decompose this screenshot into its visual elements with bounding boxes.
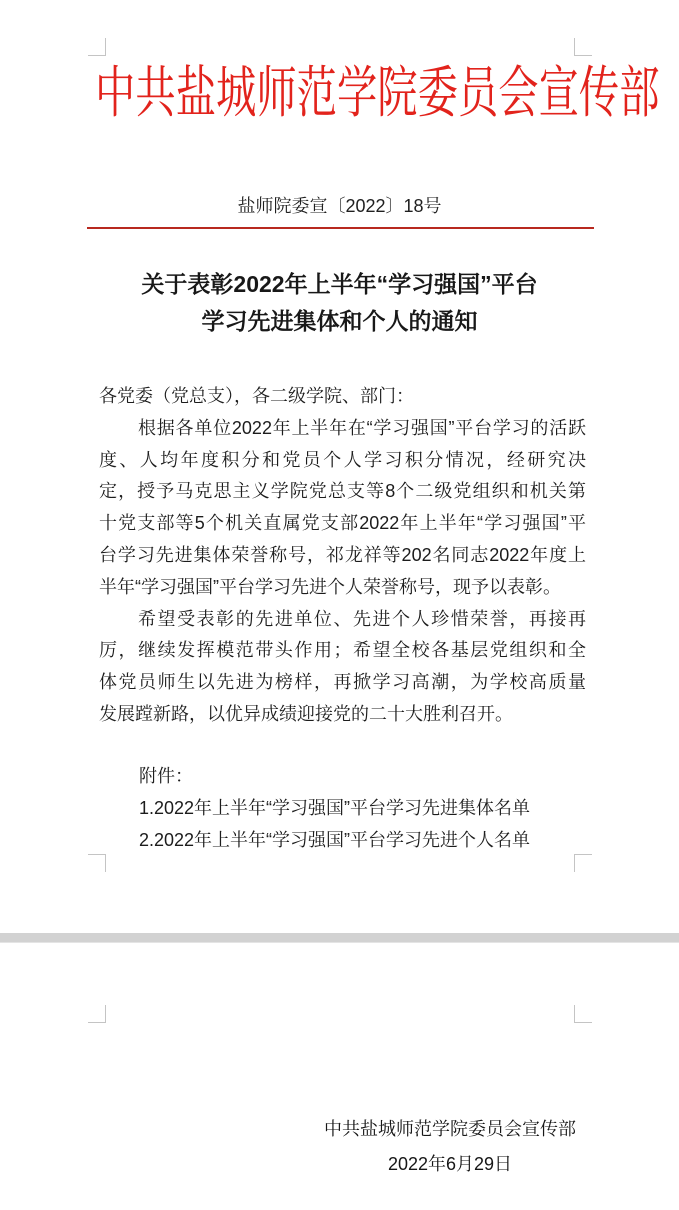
attachment-item-1: 1.2022年上半年“学习强国”平台学习先进集体名单 xyxy=(139,793,586,825)
page1-margin-mark-top-right xyxy=(574,38,592,56)
letterhead-title: 中共盐城师范学院委员会宣传部 xyxy=(95,62,584,124)
document-number: 盐师院委宣〔2022〕18号 xyxy=(0,194,679,218)
red-separator-rule xyxy=(87,227,594,229)
page1-margin-mark-top-left xyxy=(88,38,106,56)
issue-date: 2022年6月29日 xyxy=(320,1152,580,1176)
attachments-label: 附件： xyxy=(139,761,586,793)
notice-title-line2: 学习先进集体和个人的通知 xyxy=(0,303,679,340)
page1-margin-mark-bottom-right xyxy=(574,854,592,872)
notice-body: 各党委（党总支），各二级学院、部门： 根据各单位2022年上半年在“学习强国”平… xyxy=(99,381,586,731)
notice-title-line1: 关于表彰2022年上半年“学习强国”平台 xyxy=(0,266,679,303)
page-break-separator xyxy=(0,933,679,943)
notice-title: 关于表彰2022年上半年“学习强国”平台 学习先进集体和个人的通知 xyxy=(0,266,679,340)
body-line: 发展蹚新路，以优异成绩迎接党的二十大胜利召开。 xyxy=(99,699,586,731)
body-line: 台学习先进集体荣誉称号，祁龙祥等202名同志2022年度上 xyxy=(99,540,586,572)
body-line: 十党支部等5个机关直属党支部2022年上半年“学习强国”平 xyxy=(99,508,586,540)
page2-margin-mark-top-left xyxy=(88,1005,106,1023)
body-line: 体党员师生以先进为榜样，再掀学习高潮，为学校高质量 xyxy=(99,667,586,699)
page1-margin-mark-bottom-left xyxy=(88,854,106,872)
salutation-line: 各党委（党总支），各二级学院、部门： xyxy=(99,381,586,413)
attachment-item-2: 2.2022年上半年“学习强国”平台学习先进个人名单 xyxy=(139,825,586,857)
body-line: 根据各单位2022年上半年在“学习强国”平台学习的活跃 xyxy=(99,413,586,445)
body-line: 厉，继续发挥模范带头作用；希望全校各基层党组织和全 xyxy=(99,635,586,667)
issuer-signature: 中共盐城师范学院委员会宣传部 xyxy=(320,1117,580,1141)
attachments-section: 附件： 1.2022年上半年“学习强国”平台学习先进集体名单 2.2022年上半… xyxy=(139,761,586,856)
body-line: 希望受表彰的先进单位、先进个人珍惜荣誉，再接再 xyxy=(99,604,586,636)
body-line: 定，授予马克思主义学院党总支等8个二级党组织和机关第 xyxy=(99,476,586,508)
page2-margin-mark-top-right xyxy=(574,1005,592,1023)
body-line: 度、人均年度积分和党员个人学习积分情况，经研究决 xyxy=(99,445,586,477)
body-line: 半年“学习强国”平台学习先进个人荣誉称号，现予以表彰。 xyxy=(99,572,586,604)
document-page-view: 中共盐城师范学院委员会宣传部 盐师院委宣〔2022〕18号 关于表彰2022年上… xyxy=(0,0,679,1210)
